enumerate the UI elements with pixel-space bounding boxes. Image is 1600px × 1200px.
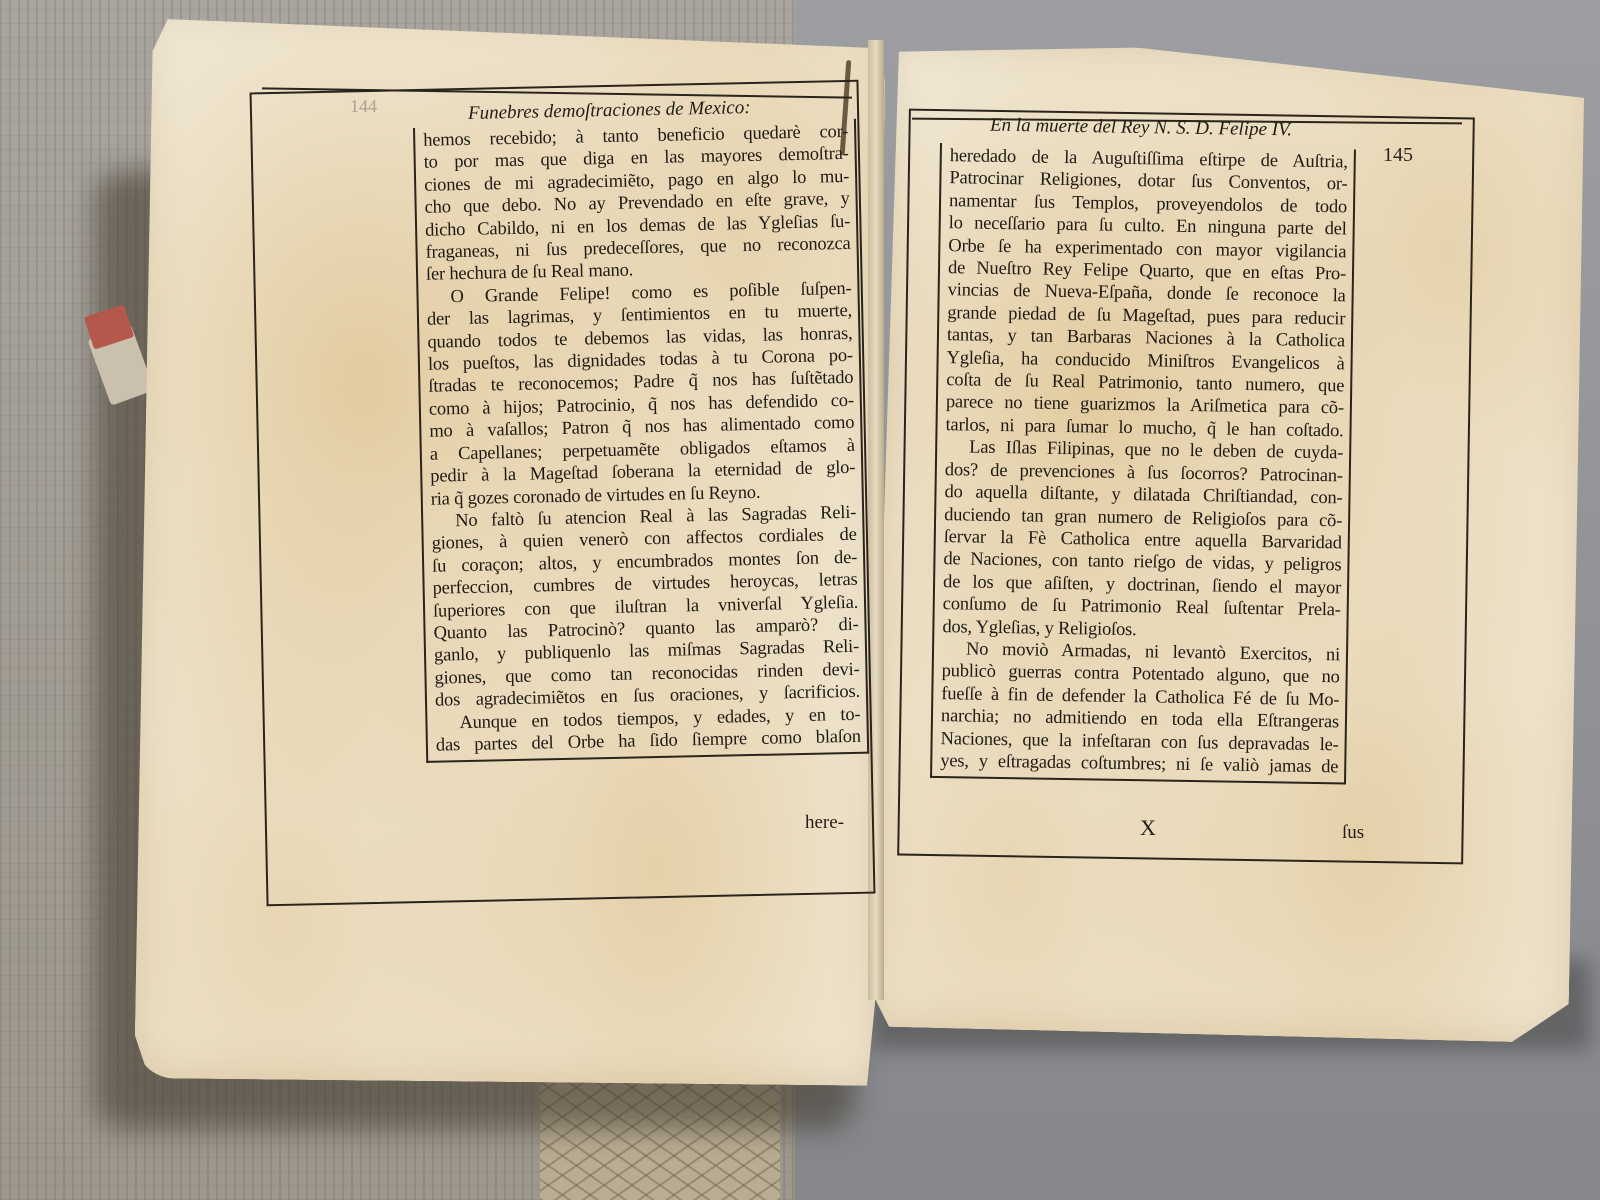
right-running-head: En la muerte del Rey N. S. D. Felipe IV. bbox=[990, 115, 1292, 142]
right-catchword: ſus bbox=[1342, 822, 1364, 844]
signature-mark: X bbox=[1140, 815, 1156, 841]
right-page-text: heredado de la Auguſtiſſima eſtirpe de A… bbox=[930, 143, 1356, 785]
left-folio-number: 144 bbox=[350, 96, 377, 117]
right-folio-number: 145 bbox=[1383, 144, 1413, 167]
left-page-text: hemos recebido; à tanto beneficio quedar… bbox=[413, 119, 869, 764]
left-catchword: here- bbox=[805, 812, 844, 834]
